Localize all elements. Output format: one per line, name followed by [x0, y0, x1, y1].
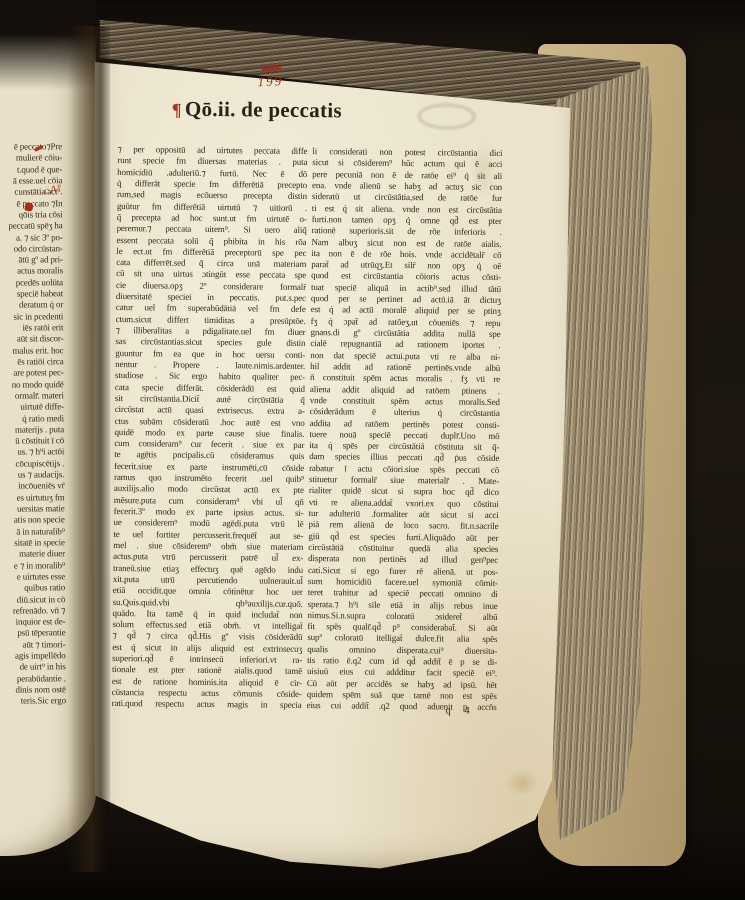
- paper-stain: [505, 770, 539, 796]
- ink-offset-ghost: [418, 103, 476, 130]
- text-column-right: li considerati non potest circūstantia d…: [307, 146, 503, 714]
- text-line: rati.quod respectu actus magis in specia: [112, 698, 302, 711]
- rubric-paraph-icon: [24, 202, 33, 211]
- text-column-left: ⁊ per oppositū ad uirtutes peccata diffe…: [112, 144, 308, 712]
- text-columns: ⁊ per oppositū ad uirtutes peccata diffe…: [112, 144, 503, 714]
- verso-text-column: ē peccato⁊Premulierē cōiu-t.quod ē que-ā…: [0, 141, 66, 708]
- book-photo: ē peccato⁊Premulierē cōiu-t.quod ē que-ā…: [0, 0, 745, 900]
- manuscript-foliation: 666 199: [262, 61, 284, 88]
- verso-top-shadow: [0, 0, 96, 90]
- verso-page-fragment: ē peccato⁊Premulierē cōiu-t.quod ē que-ā…: [0, 0, 96, 856]
- running-title-text: Qō.ii. de peccatis: [185, 97, 342, 123]
- running-title: ¶Qō.ii. de peccatis: [172, 97, 342, 124]
- foliation-corrected: 199: [257, 74, 283, 88]
- rubric-paraph-icon: ¶: [172, 100, 182, 120]
- text-line: teris.Sic ergo: [0, 696, 66, 709]
- quire-signature: q 4: [446, 705, 470, 716]
